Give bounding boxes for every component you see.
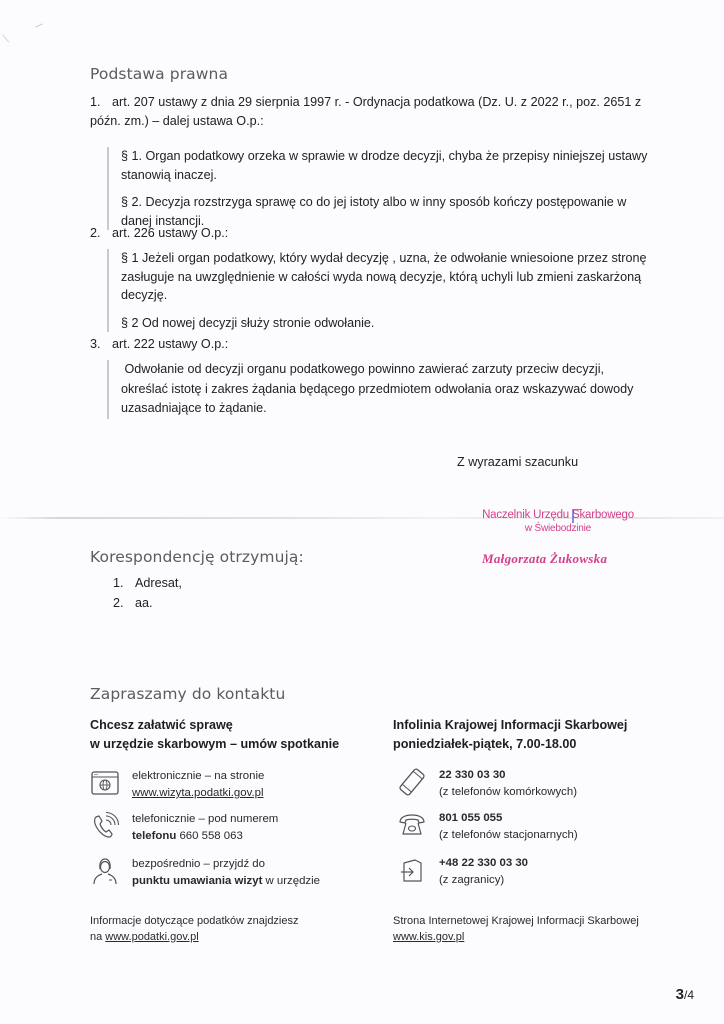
contact-online-label: elektronicznie – na stronie bbox=[132, 768, 264, 785]
contact-in-person: bezpośrednio – przyjdź do punktu umawian… bbox=[90, 856, 320, 890]
contact-phone: telefonicznie – pod numerem telefonu 660… bbox=[90, 811, 278, 845]
kis-link[interactable]: www.kis.gov.pl bbox=[393, 930, 639, 946]
contact-in-person-label: bezpośrednio – przyjdź do bbox=[132, 856, 320, 873]
law-heading-cont: późn. zm.) – dalej ustawa O.p.: bbox=[90, 112, 660, 131]
law-paragraph: § 1 Jeżeli organ podatkowy, który wydał … bbox=[121, 249, 652, 305]
signature-name: Małgorzata Żukowska bbox=[482, 551, 607, 567]
stamp-title: Naczelnik Urzędu Skarbowego bbox=[468, 509, 648, 522]
podatki-link[interactable]: www.podatki.gov.pl bbox=[105, 931, 198, 943]
page-number: 3/4 bbox=[676, 986, 694, 1003]
helpline-mobile: 22 330 03 30 (z telefonów komórkowych) bbox=[397, 767, 577, 801]
law-heading: art. 207 ustawy z dnia 29 sierpnia 1997 … bbox=[112, 95, 641, 109]
helpline-heading: Infolinia Krajowej Informacji Skarbowej … bbox=[393, 716, 627, 754]
signature-scribble bbox=[572, 509, 582, 523]
law-quote-2: § 1 Jeżeli organ podatkowy, który wydał … bbox=[107, 249, 652, 332]
law-item-1: 1.art. 207 ustawy z dnia 29 sierpnia 199… bbox=[90, 93, 660, 131]
international-call-icon bbox=[397, 855, 427, 885]
recipients-title: Korespondencję otrzymują: bbox=[90, 548, 304, 566]
law-item-3: 3.art. 222 ustawy O.p.: bbox=[90, 335, 660, 354]
contact-title: Zapraszamy do kontaktu bbox=[90, 685, 285, 703]
person-icon bbox=[90, 856, 120, 886]
law-paragraph: § 1. Organ podatkowy orzeka w sprawie w … bbox=[121, 147, 652, 184]
law-number: 1. bbox=[90, 93, 112, 112]
legal-basis-title: Podstawa prawna bbox=[90, 65, 228, 83]
letter-page: Podstawa prawna 1.art. 207 ustawy z dnia… bbox=[0, 0, 724, 1024]
scan-speck bbox=[2, 27, 18, 42]
landline-phone-icon bbox=[397, 810, 427, 840]
recipient-item: 1.Adresat, bbox=[113, 573, 182, 593]
official-stamp: Naczelnik Urzędu Skarbowego w Świebodzin… bbox=[468, 509, 648, 535]
helpline-landline: 801 055 055 (z telefonów stacjonarnych) bbox=[397, 810, 578, 844]
closing-text: Z wyrazami szacunku bbox=[457, 455, 578, 469]
law-paragraph: § 2 Od nowej decyzji służy stronie odwoł… bbox=[121, 314, 652, 333]
landline-helpline-number: 801 055 055 bbox=[439, 810, 578, 827]
phone-ringing-icon bbox=[90, 811, 120, 841]
taxes-info-footer: Informacje dotyczące podatków znajdziesz… bbox=[90, 914, 299, 945]
helpline-international: +48 22 330 03 30 (z zagranicy) bbox=[397, 855, 528, 889]
law-item-2: 2.art. 226 ustawy O.p.: bbox=[90, 224, 660, 243]
mobile-phone-icon bbox=[397, 767, 427, 797]
stamp-office: w Świebodzinie bbox=[468, 522, 648, 535]
wizyta-link[interactable]: www.wizyta.podatki.gov.pl bbox=[132, 785, 264, 802]
law-heading: art. 222 ustawy O.p.: bbox=[112, 337, 228, 351]
office-phone-number: 660 558 063 bbox=[176, 830, 243, 842]
law-paragraph: Odwołanie od decyzji organu podatkowego … bbox=[121, 360, 637, 419]
law-quote-3: Odwołanie od decyzji organu podatkowego … bbox=[107, 360, 637, 419]
law-heading: art. 226 ustawy O.p.: bbox=[112, 226, 228, 240]
browser-globe-icon bbox=[90, 768, 120, 798]
law-number: 2. bbox=[90, 224, 112, 243]
law-quote-1: § 1. Organ podatkowy orzeka w sprawie w … bbox=[107, 147, 652, 230]
law-number: 3. bbox=[90, 335, 112, 354]
international-helpline-number: +48 22 330 03 30 bbox=[439, 855, 528, 872]
appointment-heading: Chcesz załatwić sprawę w urzędzie skarbo… bbox=[90, 716, 339, 754]
scan-speck bbox=[35, 23, 43, 27]
recipient-item: 2.aa. bbox=[113, 593, 182, 613]
kis-info-footer: Strona Internetowej Krajowej Informacji … bbox=[393, 914, 639, 945]
recipients-list: 1.Adresat, 2.aa. bbox=[113, 573, 182, 613]
contact-online: elektronicznie – na stronie www.wizyta.p… bbox=[90, 768, 264, 802]
mobile-helpline-number: 22 330 03 30 bbox=[439, 767, 577, 784]
contact-phone-label: telefonicznie – pod numerem bbox=[132, 811, 278, 828]
